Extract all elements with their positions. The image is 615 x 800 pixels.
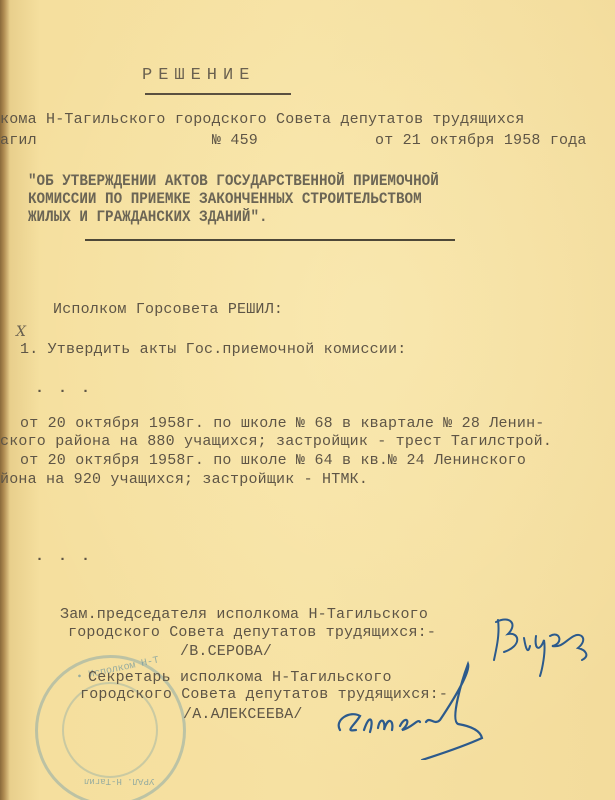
signatory-name: /В.СЕРОВА/ [180, 643, 272, 660]
document-date: от 21 октября 1958 года [375, 132, 587, 149]
signatory-role: городского Совета депутатов трудящихся:- [68, 624, 436, 641]
subject-line: КОМИССИИ ПО ПРИЕМКЕ ЗАКОНЧЕННЫХ СТРОИТЕЛ… [28, 190, 422, 208]
title-underline [145, 93, 291, 95]
omission-ellipsis: ... [35, 380, 104, 397]
stamp-text: УРАЛ. Н-Тагил [84, 776, 154, 786]
document-title: РЕШЕНИЕ [142, 66, 255, 85]
signatory-name: /А.АЛЕКСЕЕВА/ [183, 706, 303, 723]
resolved-heading: Исполком Горсовета РЕШИЛ: [53, 301, 283, 318]
subject-underline [85, 239, 455, 241]
paragraph-line: от 20 октября 1958г. по школе № 68 в ква… [20, 415, 544, 432]
paragraph-line: от 20 октября 1958г. по школе № 64 в кв.… [20, 452, 526, 469]
signatory-role: Секретарь исполкома Н-Тагильского [88, 669, 392, 686]
signatory-role: городского Совета депутатов трудящихся:- [80, 686, 448, 703]
resolution-item: 1. Утвердить акты Гос.приемочной комисси… [20, 341, 406, 358]
issuing-body: кома Н-Тагильского городского Совета деп… [0, 111, 524, 128]
signatory-role: Зам.председателя исполкома Н-Тагильского [60, 606, 428, 623]
paragraph-line: йона на 920 учащихся; застройщик - НТМК. [0, 471, 368, 488]
subject-line: ЖИЛЫХ И ГРАЖДАНСКИХ ЗДАНИЙ". [28, 208, 268, 226]
omission-ellipsis: ... [35, 548, 104, 565]
place: агил [0, 132, 37, 149]
subject-line: "ОБ УТВЕРЖДЕНИИ АКТОВ ГОСУДАРСТВЕННОЙ ПР… [28, 172, 439, 190]
margin-mark: Х [16, 324, 26, 340]
paragraph-line: ского района на 880 учащихся; застройщик… [0, 433, 552, 450]
document-number: № 459 [212, 132, 258, 149]
